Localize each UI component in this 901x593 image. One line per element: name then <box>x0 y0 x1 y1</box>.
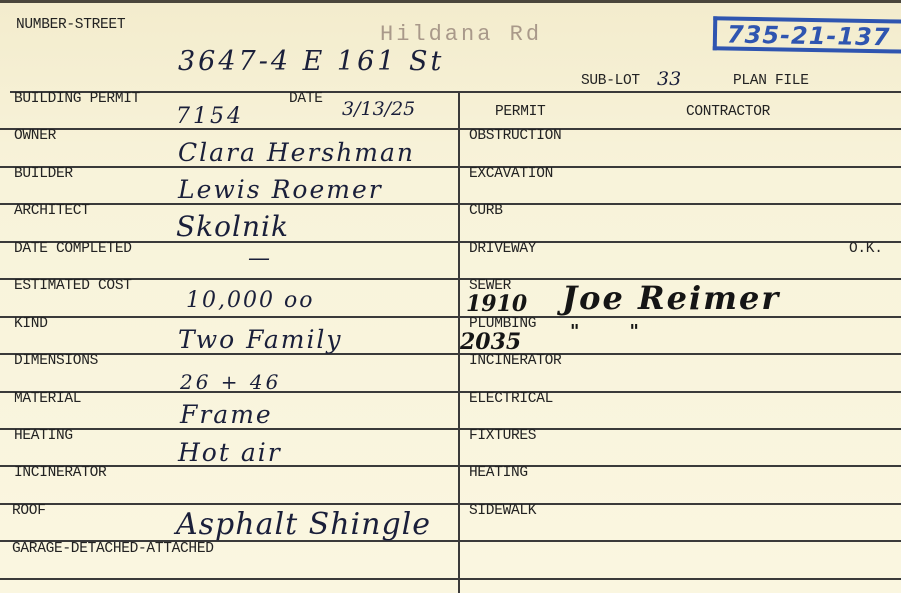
street-stamp: Hildana Rd <box>380 22 542 47</box>
roof-label: ROOF <box>12 503 46 519</box>
card-top-edge <box>0 0 901 3</box>
divider <box>0 241 901 243</box>
date-completed-value: — <box>248 248 270 270</box>
owner-label: OWNER <box>14 128 56 144</box>
date-label: DATE <box>289 91 323 107</box>
incinerator-label: INCINERATOR <box>14 465 106 481</box>
heating-value: Hot air <box>178 440 282 465</box>
fixtures-label: FIXTURES <box>469 428 536 444</box>
heating-permit-label: HEATING <box>469 465 528 481</box>
divider <box>0 166 901 168</box>
material-label: MATERIAL <box>14 391 81 407</box>
divider <box>10 91 901 93</box>
roof-value: Asphalt Shingle <box>176 510 431 540</box>
sub-lot-value: 33 <box>657 70 681 89</box>
divider <box>0 391 901 393</box>
curb-label: CURB <box>469 203 503 219</box>
plumbing-permit-no: 2035 <box>460 331 521 353</box>
building-permit-label: BUILDING PERMIT <box>14 91 140 107</box>
dimensions-value: 26 + 46 <box>180 372 281 392</box>
obstruction-label: OBSTRUCTION <box>469 128 561 144</box>
divider <box>0 428 901 430</box>
builder-value: Lewis Roemer <box>178 177 383 202</box>
divider <box>0 128 901 130</box>
material-value: Frame <box>180 402 273 427</box>
architect-label: ARCHITECT <box>14 203 90 219</box>
divider <box>0 465 901 467</box>
permit-header: PERMIT <box>495 104 545 120</box>
heating-label: HEATING <box>14 428 73 444</box>
architect-value: Skolnik <box>176 213 289 241</box>
file-number: 735-21-137 <box>727 21 891 52</box>
divider <box>0 503 901 505</box>
date-completed-label: DATE COMPLETED <box>14 241 132 257</box>
contractor-header: CONTRACTOR <box>686 104 770 120</box>
sidewalk-label: SIDEWALK <box>469 503 536 519</box>
divider <box>0 203 901 205</box>
plumbing-contractor: " " <box>570 323 639 341</box>
builder-label: BUILDER <box>14 166 73 182</box>
electrical-label: ELECTRICAL <box>469 391 553 407</box>
file-number-box: 735-21-137 <box>713 16 901 53</box>
kind-value: Two Family <box>178 327 343 352</box>
estimated-cost-label: ESTIMATED COST <box>14 278 132 294</box>
divider <box>0 578 901 580</box>
owner-value: Clara Hershman <box>178 140 415 165</box>
plan-file-label: PLAN FILE <box>733 73 809 89</box>
permit-card: NUMBER-STREET Hildana Rd 3647-4 E 161 St… <box>0 0 901 593</box>
dimensions-label: DIMENSIONS <box>14 353 98 369</box>
excavation-label: EXCAVATION <box>469 166 553 182</box>
sub-lot-label: SUB-LOT <box>581 73 640 89</box>
estimated-cost-value: 10,000 oo <box>186 290 314 312</box>
kind-label: KIND <box>14 316 48 332</box>
driveway-label: DRIVEWAY <box>469 241 536 257</box>
garage-label: GARAGE-DETACHED-ATTACHED <box>12 541 214 557</box>
building-permit-value: 7154 <box>176 106 244 128</box>
driveway-status: O.K. <box>849 241 883 257</box>
address-handwritten: 3647-4 E 161 St <box>178 48 444 75</box>
sewer-contractor: Joe Reimer <box>562 282 780 314</box>
date-value: 3/13/25 <box>342 100 415 119</box>
divider <box>0 353 901 355</box>
sewer-permit-no: 1910 <box>466 293 527 315</box>
number-street-label: NUMBER-STREET <box>16 17 125 33</box>
incinerator-permit-label: INCINERATOR <box>469 353 561 369</box>
